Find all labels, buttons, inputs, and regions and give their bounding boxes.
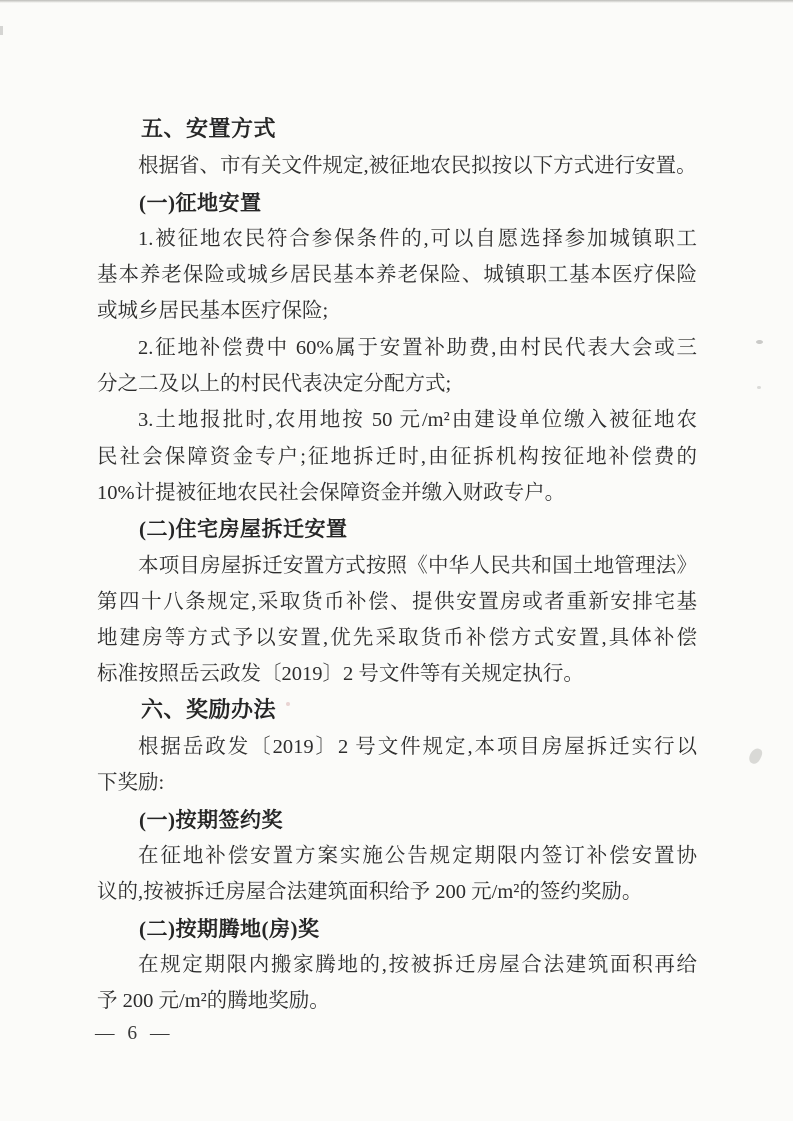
scan-artifact xyxy=(286,702,290,706)
paragraph: 3.土地报批时,农用地按 50 元/m²由建设单位缴入被征地农民社会保障资金专户… xyxy=(97,402,697,511)
sub-heading: (二)按期腾地(房)奖 xyxy=(97,911,697,947)
text-line: 根据省、市有关文件规定,被征地农民拟按以下方式进行安置。 xyxy=(97,148,697,184)
text-line: 根据岳政发〔2019〕2 号文件规定,本项目房屋拆迁实行以 xyxy=(97,729,697,765)
scan-artifact xyxy=(757,386,761,389)
text-line: 第四十八条规定,采取货币补偿、提供安置房或者重新安排宅基 xyxy=(97,584,697,620)
document-body: 五、安置方式根据省、市有关文件规定,被征地农民拟按以下方式进行安置。(一)征地安… xyxy=(97,112,697,1019)
text-line: 10%计提被征地农民社会保障资金并缴入财政专户。 xyxy=(97,475,697,511)
text-line: 1.被征地农民符合参保条件的,可以自愿选择参加城镇职工 xyxy=(97,221,697,257)
paragraph: 在规定期限内搬家腾地的,按被拆迁房屋合法建筑面积再给予 200 元/m²的腾地奖… xyxy=(97,947,697,1020)
section-heading: 五、安置方式 xyxy=(97,112,697,148)
paragraph: 1.被征地农民符合参保条件的,可以自愿选择参加城镇职工基本养老保险或城乡居民基本… xyxy=(97,221,697,330)
text-line: 在征地补偿安置方案实施公告规定期限内签订补偿安置协 xyxy=(97,838,697,874)
text-line: 议的,按被拆迁房屋合法建筑面积给予 200 元/m²的签约奖励。 xyxy=(97,874,697,910)
scan-artifact xyxy=(756,340,763,344)
sub-heading: (一)按期签约奖 xyxy=(97,802,697,838)
scan-artifact xyxy=(747,746,764,765)
text-line: 民社会保障资金专户;征地拆迁时,由征拆机构按征地补偿费的 xyxy=(97,439,697,475)
text-line: 予 200 元/m²的腾地奖励。 xyxy=(97,983,697,1019)
section-heading: 六、奖励办法 xyxy=(97,693,697,729)
text-line: 2.征地补偿费中 60%属于安置补助费,由村民代表大会或三 xyxy=(97,330,697,366)
document-page: 五、安置方式根据省、市有关文件规定,被征地农民拟按以下方式进行安置。(一)征地安… xyxy=(0,0,793,1121)
paragraph: 根据岳政发〔2019〕2 号文件规定,本项目房屋拆迁实行以下奖励: xyxy=(97,729,697,802)
sub-heading: (二)住宅房屋拆迁安置 xyxy=(97,511,697,547)
text-line: 基本养老保险或城乡居民基本养老保险、城镇职工基本医疗保险 xyxy=(97,257,697,293)
scan-edge-artifact xyxy=(0,0,793,3)
paragraph: 本项目房屋拆迁安置方式按照《中华人民共和国土地管理法》第四十八条规定,采取货币补… xyxy=(97,548,697,693)
text-line: 地建房等方式予以安置,优先采取货币补偿方式安置,具体补偿 xyxy=(97,620,697,656)
text-line: 下奖励: xyxy=(97,765,697,801)
text-line: 或城乡居民基本医疗保险; xyxy=(97,293,697,329)
scan-artifact xyxy=(0,26,3,35)
text-line: 标准按照岳云政发〔2019〕2 号文件等有关规定执行。 xyxy=(97,656,697,692)
text-line: 本项目房屋拆迁安置方式按照《中华人民共和国土地管理法》 xyxy=(97,548,697,584)
text-line: 3.土地报批时,农用地按 50 元/m²由建设单位缴入被征地农 xyxy=(97,402,697,438)
paragraph: 在征地补偿安置方案实施公告规定期限内签订补偿安置协议的,按被拆迁房屋合法建筑面积… xyxy=(97,838,697,911)
text-line: 分之二及以上的村民代表决定分配方式; xyxy=(97,366,697,402)
paragraph: 2.征地补偿费中 60%属于安置补助费,由村民代表大会或三分之二及以上的村民代表… xyxy=(97,330,697,403)
text-line: 在规定期限内搬家腾地的,按被拆迁房屋合法建筑面积再给 xyxy=(97,947,697,983)
page-number: — 6 — xyxy=(95,1023,174,1045)
sub-heading: (一)征地安置 xyxy=(97,185,697,221)
paragraph: 根据省、市有关文件规定,被征地农民拟按以下方式进行安置。 xyxy=(97,148,697,184)
